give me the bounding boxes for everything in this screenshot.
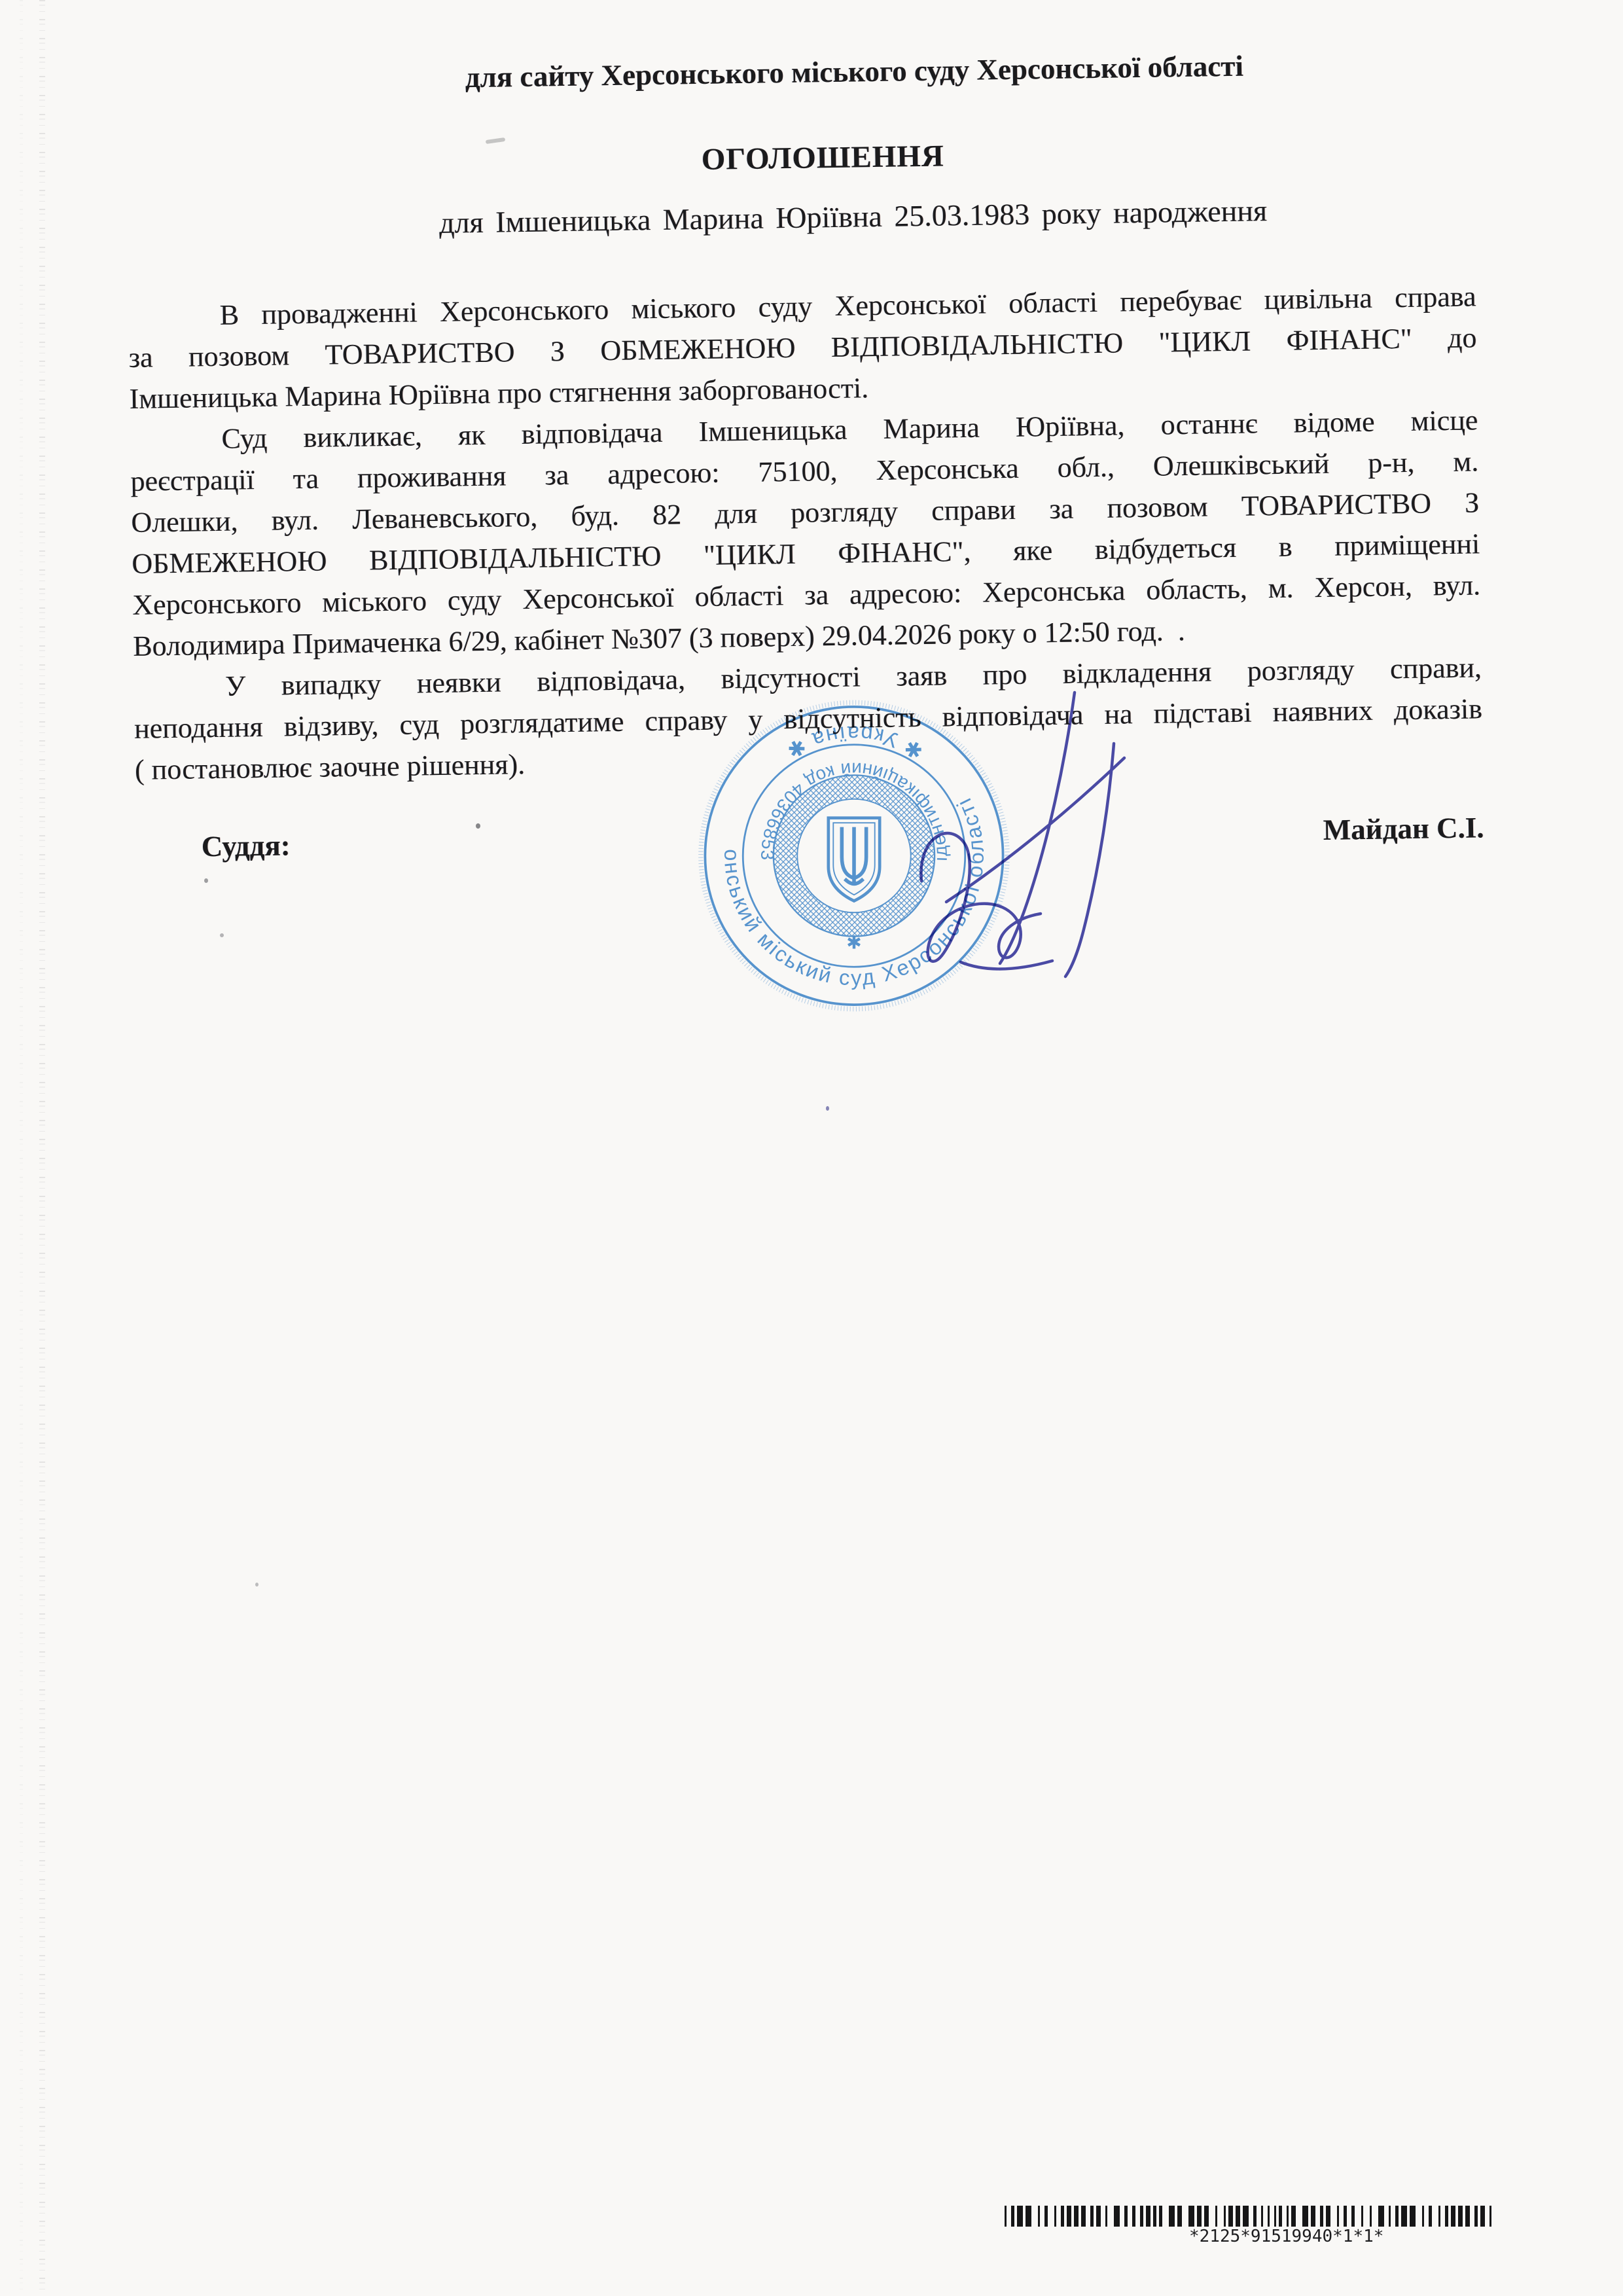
judge-label: Суддя:	[201, 825, 291, 867]
scanned-document-page: для сайту Херсонського міського суду Хер…	[0, 0, 1623, 2296]
scanner-edge-artifact	[20, 0, 23, 2296]
dust-speck	[219, 933, 224, 938]
dust-speck	[204, 878, 208, 883]
barcode	[1005, 2206, 1535, 2227]
judge-name: Майдан С.І.	[1323, 807, 1484, 851]
barcode-label: *2125*91519940*1*1*	[1189, 2227, 1536, 2246]
dust-speck	[255, 1583, 259, 1587]
stamp-bottom-mark: ✱	[846, 932, 861, 952]
document-text-block: для сайту Херсонського міського суду Хер…	[124, 42, 1484, 868]
document-body: В провадженні Херсонського міського суду…	[128, 276, 1483, 790]
document-subtitle: для Імшеницька Марина Юріївна 25.03.1983…	[179, 186, 1527, 248]
scanner-edge-artifact	[39, 0, 45, 2296]
document-title: ОГОЛОШЕННЯ	[149, 126, 1497, 190]
judge-signature-row: Суддя: Майдан С.І.	[135, 807, 1484, 869]
barcode-block: *2125*91519940*1*1*	[1005, 2206, 1536, 2227]
ink-dot	[826, 1106, 829, 1111]
document-header: для сайту Херсонського міського суду Хер…	[180, 41, 1529, 103]
svg-text:✱: ✱	[846, 932, 861, 952]
